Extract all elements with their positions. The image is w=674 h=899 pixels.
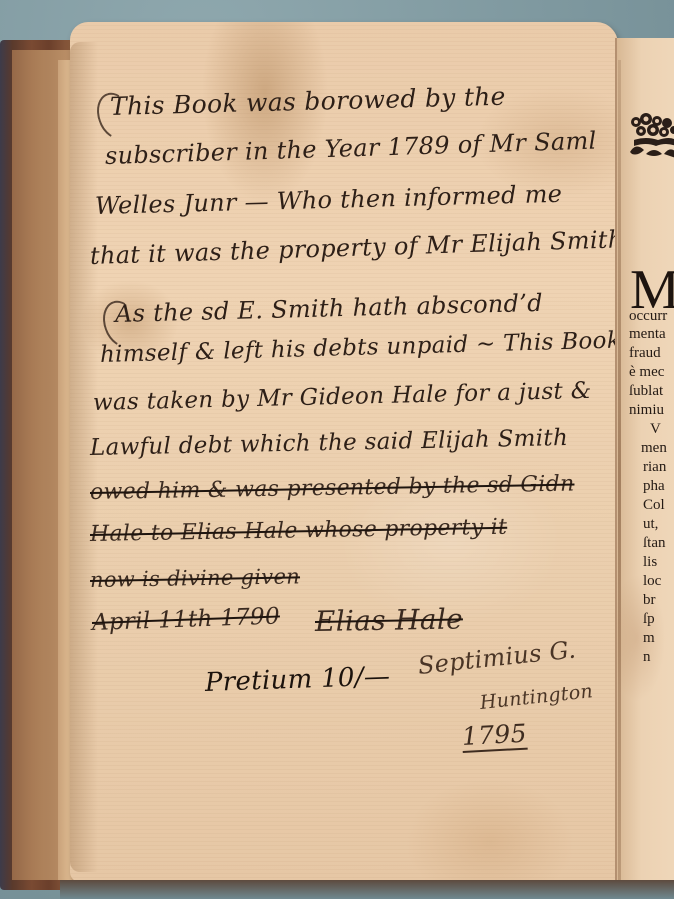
print-line: br [643,591,656,609]
year-note: 1795 [461,719,527,753]
print-line: n [643,648,651,666]
print-line: rian [643,458,666,476]
print-line: nimiu [629,401,664,419]
print-line: è mec [629,363,664,381]
print-line: occurr [629,307,667,325]
page-gutter [618,60,621,890]
struck-signature: Elias Hale [315,602,464,638]
print-line: lis [643,553,657,571]
print-line: men [641,439,667,457]
struck-line-3: now is divine given [90,564,300,592]
print-line: menta [629,325,666,343]
floral-ornament-icon [626,112,674,160]
print-line: ut, [643,515,658,533]
print-line: pha [643,477,665,495]
print-line: ſublat [629,382,663,400]
photo-scene: This Book was borowed by the subscriber … [0,0,674,899]
print-line: Col [643,496,665,514]
print-line: ſp [643,610,655,628]
print-line: V [650,420,661,438]
print-line: m [643,629,655,647]
year-note-text: 1795 [461,719,527,753]
print-line: loc [643,572,661,590]
book-bottom-shadow [60,880,674,899]
print-line: ſtan [643,534,666,552]
print-line: fraud [629,344,661,362]
